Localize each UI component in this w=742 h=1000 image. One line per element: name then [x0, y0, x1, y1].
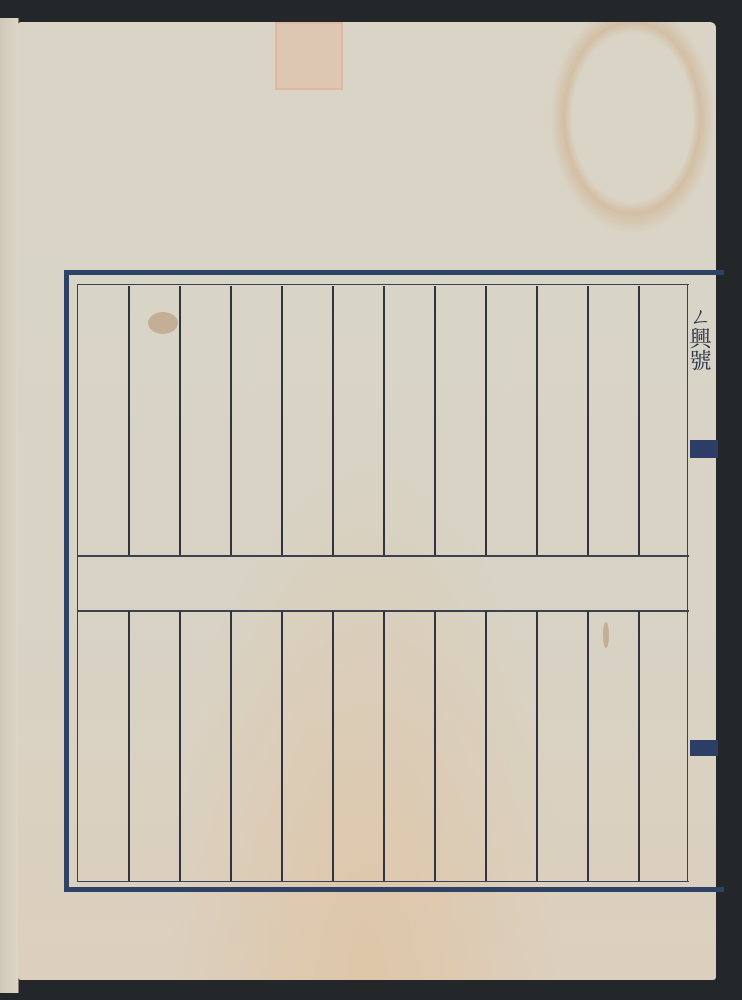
column-rule [128, 286, 130, 555]
column-rule [281, 611, 283, 881]
upper-register-bottom-rule [77, 555, 689, 557]
column-rule [332, 611, 334, 881]
center-fold-column [687, 284, 718, 882]
column-rule [536, 286, 538, 555]
column-rule [179, 286, 181, 555]
column-rule [434, 611, 436, 881]
book-page: ㄥ興號 [18, 22, 716, 980]
column-rule [587, 286, 589, 555]
adjacent-page-edge [0, 18, 19, 993]
column-rule [383, 286, 385, 555]
column-rule [485, 611, 487, 881]
column-rule [587, 611, 589, 881]
column-rule [536, 611, 538, 881]
column-rule [281, 286, 283, 555]
column-rule [332, 286, 334, 555]
column-rule [230, 286, 232, 555]
column-rule [638, 286, 640, 555]
upper-fishtail-mark [690, 440, 718, 458]
column-rule [230, 611, 232, 881]
column-rule [485, 286, 487, 555]
column-rule [383, 611, 385, 881]
lower-fishtail-mark [690, 740, 718, 756]
column-rule [179, 611, 181, 881]
column-rule [638, 611, 640, 881]
center-column-title: ㄥ興號 [690, 305, 718, 371]
faded-seal-stamp [275, 22, 343, 90]
column-rule [128, 611, 130, 881]
column-rule [434, 286, 436, 555]
